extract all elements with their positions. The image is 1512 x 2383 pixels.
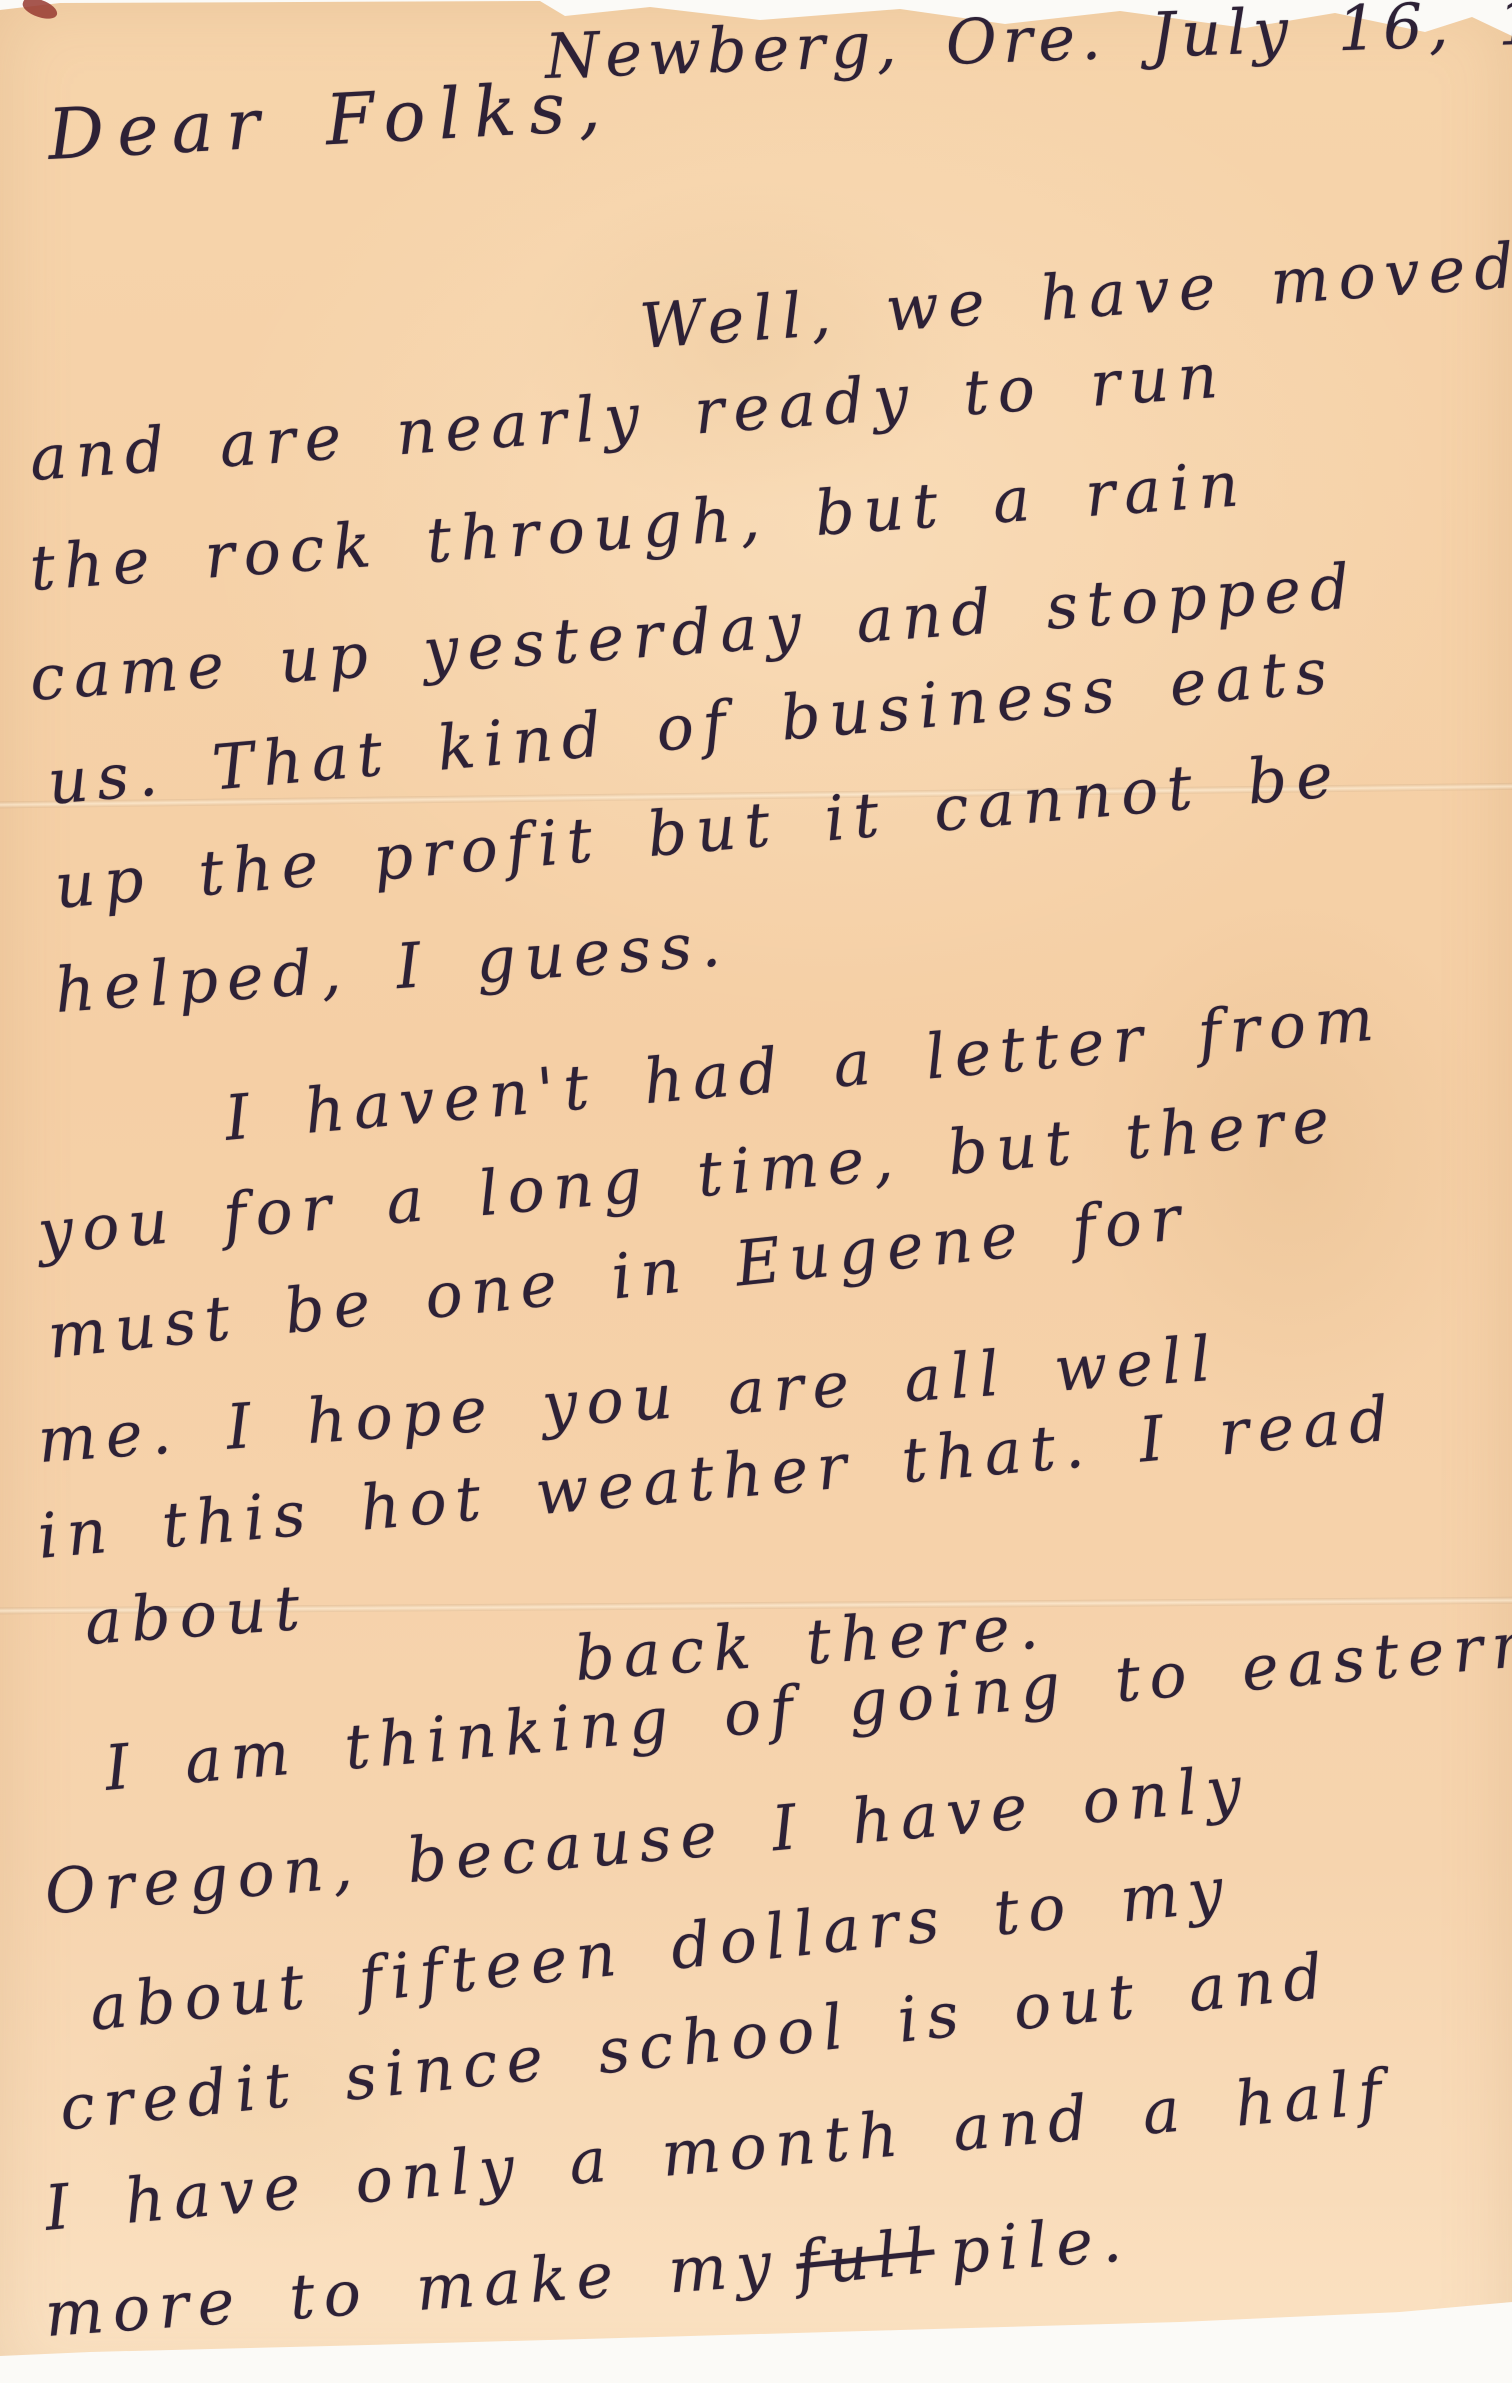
body-line: about [83, 1576, 311, 1653]
letter-scan: Newberg, Ore. July 16, 19 Dear Folks, We… [0, 0, 1512, 2383]
struck-word: full [793, 2220, 937, 2296]
closing-line-post: pile. [947, 2202, 1132, 2287]
